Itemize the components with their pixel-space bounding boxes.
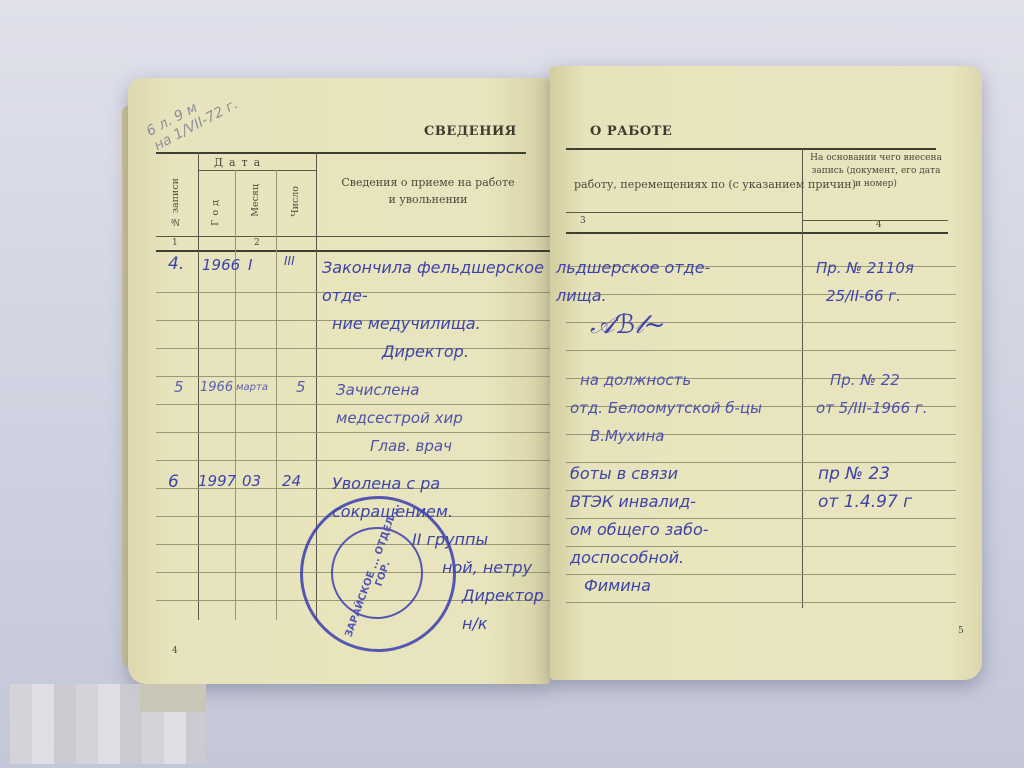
table-rule: [566, 232, 948, 234]
entry-day: III: [284, 254, 295, 268]
entry-text-line: В.Мухина: [580, 422, 762, 450]
entry-month: 03: [242, 472, 261, 490]
table-rule: [156, 152, 526, 154]
entry-year: 1966: [202, 256, 240, 274]
entry-basis: Пр. № 2110я 25/II-66 г.: [816, 254, 914, 310]
entry-basis-line: Пр. № 22: [830, 366, 928, 394]
entry-text-line: Директор.: [322, 338, 550, 366]
table-rule: [802, 220, 948, 221]
entry-basis-line: 25/II-66 г.: [816, 282, 914, 310]
entry-text-line: Уволена с ра: [322, 470, 550, 498]
entry-text-line: боты в связи: [570, 460, 709, 488]
table-rule: [566, 212, 802, 213]
entry-text-line: Глав. врач: [322, 432, 463, 460]
entry-text-line: на должность: [580, 366, 762, 394]
col-num-1: 1: [172, 238, 178, 248]
entry-text-line: льдшерское отде-: [556, 254, 710, 282]
col-num-4: 4: [876, 220, 882, 230]
entry-text: Зачислена медсестрой хир Глав. врач: [322, 376, 463, 460]
entry-basis-line: Пр. № 2110я: [816, 254, 914, 282]
table-rule: [566, 148, 936, 150]
entry-no: 4.: [168, 254, 184, 274]
entry-text-line: Зачислена: [322, 376, 463, 404]
entry-text-line: доспособной.: [570, 544, 709, 572]
table-rule: [156, 236, 550, 237]
ruled-line: [566, 602, 956, 603]
entry-text-line: ом общего забо-: [570, 516, 709, 544]
entry-day: 24: [282, 472, 301, 490]
page-number-right: 5: [958, 626, 964, 636]
table-col-line: [235, 170, 236, 620]
entry-text-continued: боты в связи ВТЭК инвалид- ом общего заб…: [570, 460, 709, 600]
col-number-header: № записи: [170, 178, 181, 227]
entry-text-line: лища.: [556, 282, 710, 310]
entry-text-line: Закончила фельдшерское отде-: [322, 254, 550, 310]
table-col-line: [198, 152, 199, 620]
work-book: 6 л. 9 м на 1/VII-72 г. СВЕДЕНИЯ № запис…: [122, 66, 984, 694]
entry-year: 1966: [200, 380, 233, 395]
entry-text-line: ВТЭК инвалид-: [570, 488, 709, 516]
entry-basis-line: пр № 23: [818, 460, 912, 488]
page-number-left: 4: [172, 646, 178, 656]
entry-text-line: медсестрой хир: [322, 404, 463, 432]
ruled-line: [566, 350, 956, 351]
entry-month: марта: [236, 382, 268, 393]
heading-left: СВЕДЕНИЯ: [424, 124, 517, 139]
right-page: О РАБОТЕ работу, перемещениях по (с указ…: [550, 66, 982, 680]
col-num-2: 2: [254, 238, 260, 248]
official-stamp: ЗАРАЙСКОЕ ... ОТДЕЛ ... ГОР.: [300, 496, 456, 652]
entry-text-continued: на должность отд. Белоомутской б-цы В.Му…: [580, 366, 762, 450]
heading-right: О РАБОТЕ: [590, 124, 672, 139]
col4-header: На основании чего внесена запись (докуме…: [808, 152, 944, 191]
entry-text: Закончила фельдшерское отде- ние медучил…: [322, 254, 550, 366]
signature-director: 𝒜ℬ𝓁~: [590, 310, 665, 341]
entry-text-continued: льдшерское отде- лища.: [556, 254, 710, 310]
pixelated-watermark: [140, 684, 206, 712]
col3-header-left: Сведения о приеме на работе и увольнении: [338, 174, 518, 208]
year-header: Год: [210, 196, 221, 226]
entry-text-line: ние медучилища.: [322, 310, 550, 338]
date-header: Дата: [214, 154, 266, 171]
col-num-3: 3: [580, 216, 586, 226]
table-col-line: [276, 170, 277, 620]
entry-basis: Пр. № 22 от 5/III-1966 г.: [830, 366, 928, 422]
day-header: Число: [290, 186, 301, 217]
entry-day: 5: [296, 378, 306, 396]
entry-basis: пр № 23 от 1.4.97 г: [818, 460, 912, 516]
entry-basis-line: от 1.4.97 г: [818, 488, 912, 516]
entry-basis-line: от 5/III-1966 г.: [816, 394, 928, 422]
pencil-note: 6 л. 9 м на 1/VII-72 г.: [144, 82, 241, 154]
entry-text-line: Фимина: [570, 572, 709, 600]
entry-text-line: отд. Белоомутской б-цы: [570, 394, 762, 422]
table-rule: [156, 250, 550, 252]
entry-month: I: [248, 256, 252, 274]
entry-no: 6: [168, 472, 179, 492]
month-header: Месяц: [250, 184, 261, 217]
ruled-line: [156, 460, 550, 461]
entry-no: 5: [174, 378, 184, 396]
entry-year: 1997: [198, 472, 236, 490]
